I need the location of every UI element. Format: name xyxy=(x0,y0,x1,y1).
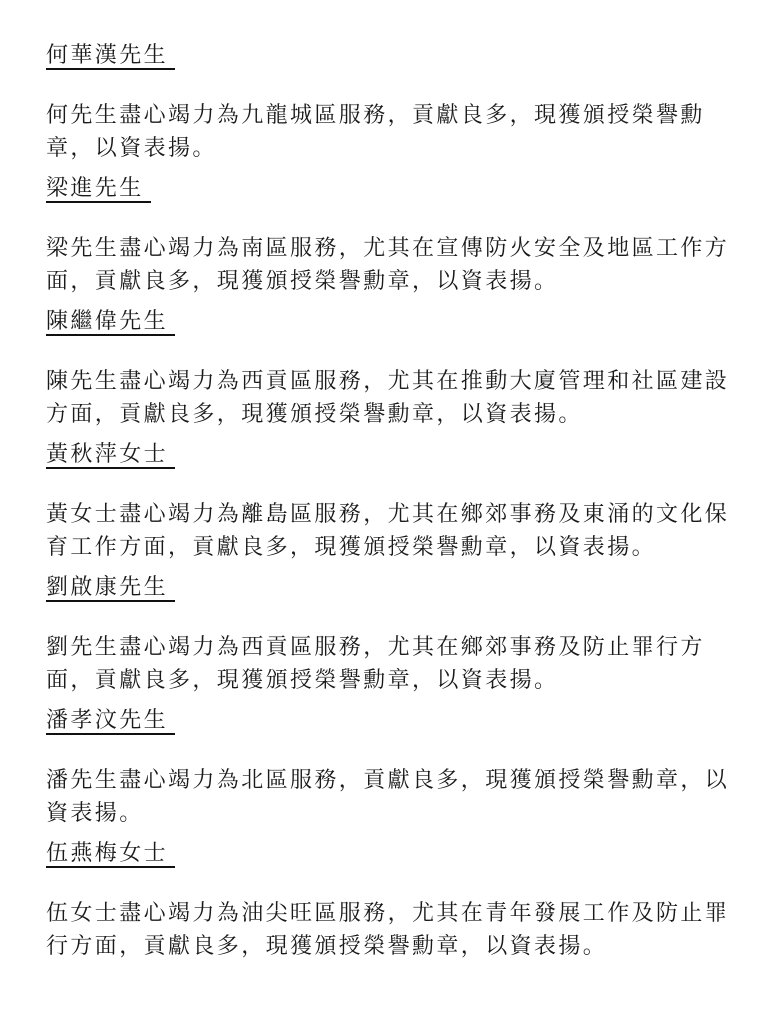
recipient-name: 伍燕梅女士 xyxy=(46,836,717,869)
recipient-name-text: 劉啟康先生 xyxy=(46,574,175,602)
recipient-name: 陳繼偉先生 xyxy=(46,304,717,337)
honour-entry: 伍燕梅女士 伍女士盡心竭力為油尖旺區服務，尤其在青年發展工作及防止罪 行方面，貢… xyxy=(46,836,717,962)
citation-line: 面，貢獻良多，現獲頒授榮譽勳章，以資表揚。 xyxy=(46,264,717,297)
recipient-name: 何華漢先生 xyxy=(46,38,717,71)
honour-entry: 潘孝汶先生 潘先生盡心竭力為北區服務，貢獻良多，現獲頒授榮譽勳章，以 資表揚。 xyxy=(46,703,717,829)
citation-line: 劉先生盡心竭力為西貢區服務，尤其在鄉郊事務及防止罪行方 xyxy=(46,630,717,663)
honour-entry: 梁進先生 梁先生盡心竭力為南區服務，尤其在宣傳防火安全及地區工作方 面，貢獻良多… xyxy=(46,171,717,297)
recipient-name-text: 潘孝汶先生 xyxy=(46,707,175,735)
citation-line: 潘先生盡心竭力為北區服務，貢獻良多，現獲頒授榮譽勳章，以 xyxy=(46,763,717,796)
citation-line: 方面，貢獻良多，現獲頒授榮譽勳章，以資表揚。 xyxy=(46,397,717,430)
honour-entry: 劉啟康先生 劉先生盡心竭力為西貢區服務，尤其在鄉郊事務及防止罪行方 面，貢獻良多… xyxy=(46,570,717,696)
recipient-name-text: 梁進先生 xyxy=(46,175,151,203)
honour-entry: 何華漢先生 何先生盡心竭力為九龍城區服務，貢獻良多，現獲頒授榮譽勳 章，以資表揚… xyxy=(46,38,717,164)
recipient-name-text: 陳繼偉先生 xyxy=(46,308,175,336)
recipient-name-text: 伍燕梅女士 xyxy=(46,840,175,868)
citation-line: 何先生盡心竭力為九龍城區服務，貢獻良多，現獲頒授榮譽勳 xyxy=(46,98,717,131)
citation-line: 伍女士盡心竭力為油尖旺區服務，尤其在青年發展工作及防止罪 xyxy=(46,896,717,929)
recipient-name: 劉啟康先生 xyxy=(46,570,717,603)
citation-line: 育工作方面，貢獻良多，現獲頒授榮譽勳章，以資表揚。 xyxy=(46,530,717,563)
citation-line: 黃女士盡心竭力為離島區服務，尤其在鄉郊事務及東涌的文化保 xyxy=(46,497,717,530)
citation-line: 梁先生盡心竭力為南區服務，尤其在宣傳防火安全及地區工作方 xyxy=(46,231,717,264)
honour-entry: 黃秋萍女士 黃女士盡心竭力為離島區服務，尤其在鄉郊事務及東涌的文化保 育工作方面… xyxy=(46,437,717,563)
recipient-name: 潘孝汶先生 xyxy=(46,703,717,736)
recipient-name: 梁進先生 xyxy=(46,171,717,204)
citation-paragraph: 潘先生盡心竭力為北區服務，貢獻良多，現獲頒授榮譽勳章，以 資表揚。 xyxy=(46,763,717,829)
recipient-name-text: 黃秋萍女士 xyxy=(46,441,175,469)
citation-line: 行方面，貢獻良多，現獲頒授榮譽勳章，以資表揚。 xyxy=(46,929,717,962)
citation-line: 章，以資表揚。 xyxy=(46,131,717,164)
citation-line: 面，貢獻良多，現獲頒授榮譽勳章，以資表揚。 xyxy=(46,663,717,696)
honour-entry: 陳繼偉先生 陳先生盡心竭力為西貢區服務，尤其在推動大廈管理和社區建設 方面，貢獻… xyxy=(46,304,717,430)
recipient-name-text: 何華漢先生 xyxy=(46,42,175,70)
citation-paragraph: 黃女士盡心竭力為離島區服務，尤其在鄉郊事務及東涌的文化保 育工作方面，貢獻良多，… xyxy=(46,497,717,563)
recipient-name: 黃秋萍女士 xyxy=(46,437,717,470)
citation-line: 陳先生盡心竭力為西貢區服務，尤其在推動大廈管理和社區建設 xyxy=(46,364,717,397)
citation-paragraph: 陳先生盡心竭力為西貢區服務，尤其在推動大廈管理和社區建設 方面，貢獻良多，現獲頒… xyxy=(46,364,717,430)
citation-paragraph: 伍女士盡心竭力為油尖旺區服務，尤其在青年發展工作及防止罪 行方面，貢獻良多，現獲… xyxy=(46,896,717,962)
citation-paragraph: 何先生盡心竭力為九龍城區服務，貢獻良多，現獲頒授榮譽勳 章，以資表揚。 xyxy=(46,98,717,164)
citation-paragraph: 梁先生盡心竭力為南區服務，尤其在宣傳防火安全及地區工作方 面，貢獻良多，現獲頒授… xyxy=(46,231,717,297)
citation-paragraph: 劉先生盡心竭力為西貢區服務，尤其在鄉郊事務及防止罪行方 面，貢獻良多，現獲頒授榮… xyxy=(46,630,717,696)
citation-line: 資表揚。 xyxy=(46,796,717,829)
document-page: 何華漢先生 何先生盡心竭力為九龍城區服務，貢獻良多，現獲頒授榮譽勳 章，以資表揚… xyxy=(0,0,761,1033)
